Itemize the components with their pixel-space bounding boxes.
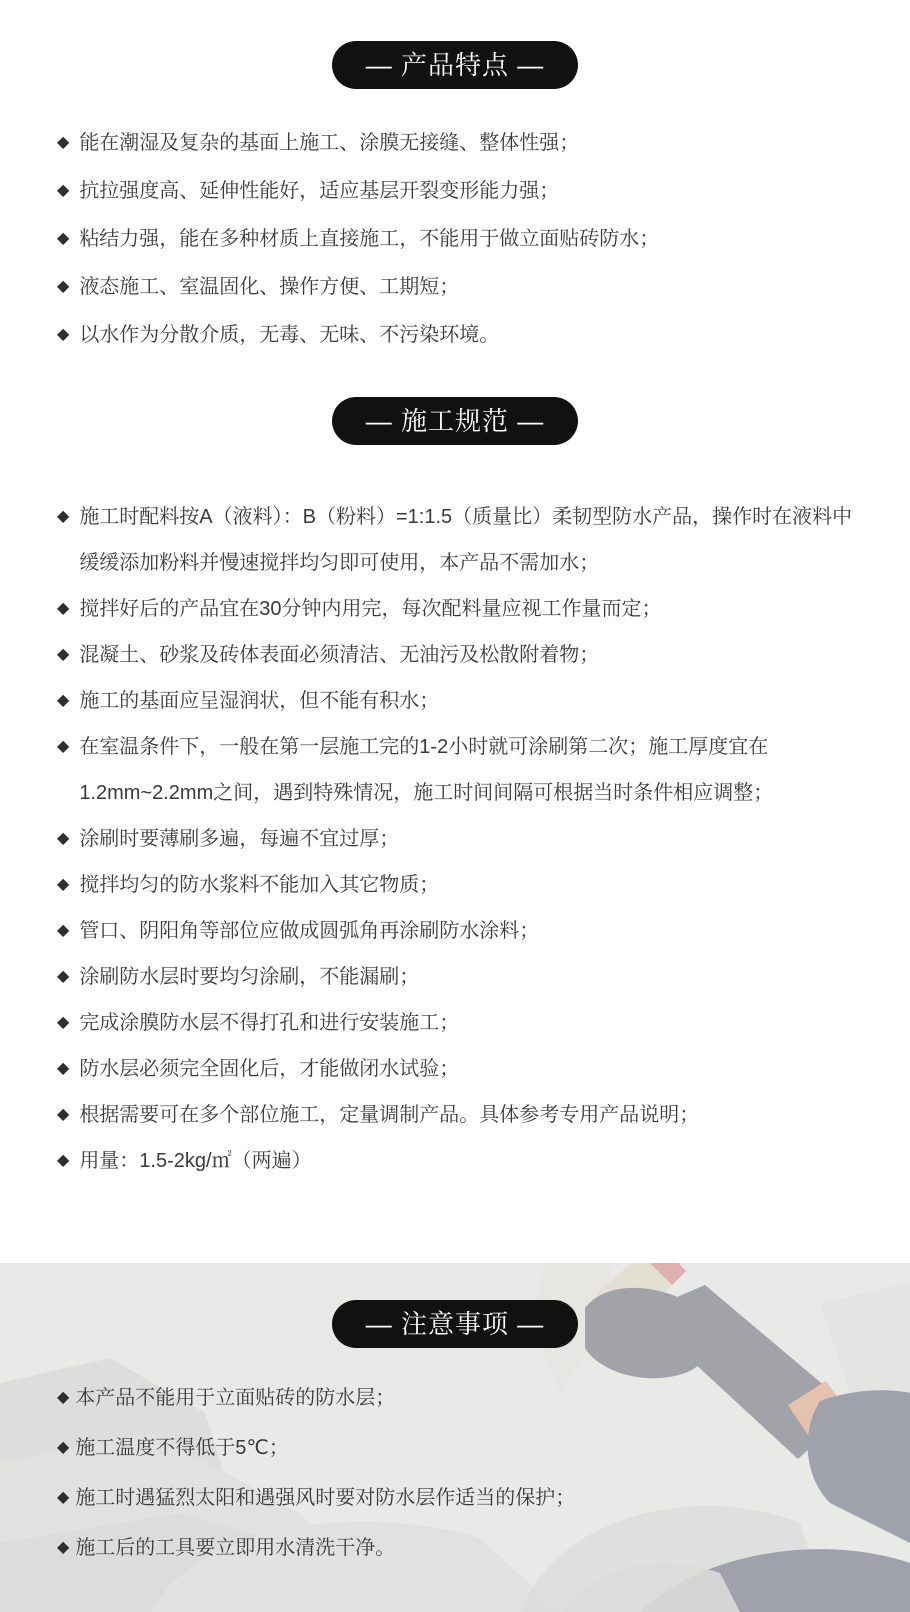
list-item: ◆施工时遇猛烈太阳和遇强风时要对防水层作适当的保护； bbox=[57, 1473, 892, 1523]
bullet-diamond-icon: ◆ bbox=[57, 1473, 69, 1523]
feature-list: ◆能在潮湿及复杂的基面上施工、涂膜无接缝、整体性强；◆抗拉强度高、延伸性能好，适… bbox=[0, 119, 910, 359]
list-item: ◆完成涂膜防水层不得打孔和进行安装施工； bbox=[57, 1000, 892, 1046]
list-item: ◆施工后的工具要立即用水清洗干净。 bbox=[57, 1523, 892, 1573]
bullet-text: 搅拌好后的产品宜在30分钟内用完，每次配料量应视工作量而定； bbox=[79, 586, 892, 632]
list-item: ◆根据需要可在多个部位施工，定量调制产品。具体参考专用产品说明； bbox=[57, 1092, 892, 1138]
list-item: ◆粘结力强，能在多种材质上直接施工，不能用于做立面贴砖防水； bbox=[57, 215, 892, 263]
list-item: ◆搅拌好后的产品宜在30分钟内用完，每次配料量应视工作量而定； bbox=[57, 586, 892, 632]
bullet-diamond-icon: ◆ bbox=[57, 1423, 69, 1473]
list-item: ◆涂刷时要薄刷多遍，每遍不宜过厚； bbox=[57, 816, 892, 862]
list-item: ◆本产品不能用于立面贴砖的防水层； bbox=[57, 1373, 892, 1423]
list-item: ◆能在潮湿及复杂的基面上施工、涂膜无接缝、整体性强； bbox=[57, 119, 892, 167]
bullet-diamond-icon: ◆ bbox=[57, 119, 69, 167]
bullet-diamond-icon: ◆ bbox=[57, 862, 69, 908]
bullet-text: 防水层必须完全固化后，才能做闭水试验； bbox=[79, 1046, 892, 1092]
bullet-diamond-icon: ◆ bbox=[57, 311, 69, 359]
bullet-text: 施工时遇猛烈太阳和遇强风时要对防水层作适当的保护； bbox=[75, 1473, 892, 1523]
list-item: ◆在室温条件下，一般在第一层施工完的1-2小时就可涂刷第二次；施工厚度宜在 1.… bbox=[57, 724, 892, 816]
bullet-diamond-icon: ◆ bbox=[57, 586, 69, 632]
bullet-text: 用量：1.5-2kg/㎡（两遍） bbox=[79, 1138, 892, 1184]
precautions-section: — 注意事项 — ◆本产品不能用于立面贴砖的防水层；◆施工温度不得低于5℃；◆施… bbox=[0, 1263, 910, 1612]
bullet-diamond-icon: ◆ bbox=[57, 632, 69, 678]
bullet-diamond-icon: ◆ bbox=[57, 215, 69, 263]
bullet-diamond-icon: ◆ bbox=[57, 263, 69, 311]
bullet-diamond-icon: ◆ bbox=[57, 954, 69, 1000]
precaution-list: ◆本产品不能用于立面贴砖的防水层；◆施工温度不得低于5℃；◆施工时遇猛烈太阳和遇… bbox=[0, 1373, 910, 1573]
bullet-text: 根据需要可在多个部位施工，定量调制产品。具体参考专用产品说明； bbox=[79, 1092, 892, 1138]
bullet-diamond-icon: ◆ bbox=[57, 1092, 69, 1138]
product-detail-page: — 产品特点 — ◆能在潮湿及复杂的基面上施工、涂膜无接缝、整体性强；◆抗拉强度… bbox=[0, 0, 910, 1612]
spec-list: ◆施工时配料按A（液料）：B（粉料）=1:1.5（质量比）柔韧型防水产品，操作时… bbox=[0, 494, 910, 1184]
bullet-text: 抗拉强度高、延伸性能好，适应基层开裂变形能力强； bbox=[79, 167, 892, 215]
bullet-diamond-icon: ◆ bbox=[57, 494, 69, 540]
section-header-construction-specs: — 施工规范 — bbox=[332, 397, 578, 445]
bullet-text: 管口、阴阳角等部位应做成圆弧角再涂刷防水涂料； bbox=[79, 908, 892, 954]
list-item: ◆管口、阴阳角等部位应做成圆弧角再涂刷防水涂料； bbox=[57, 908, 892, 954]
bullet-diamond-icon: ◆ bbox=[57, 1523, 69, 1573]
bullet-text: 涂刷时要薄刷多遍，每遍不宜过厚； bbox=[79, 816, 892, 862]
bullet-text: 液态施工、室温固化、操作方便、工期短； bbox=[79, 263, 892, 311]
bullet-diamond-icon: ◆ bbox=[57, 167, 69, 215]
bullet-text: 施工后的工具要立即用水清洗干净。 bbox=[75, 1523, 892, 1573]
bullet-diamond-icon: ◆ bbox=[57, 1000, 69, 1046]
bullet-diamond-icon: ◆ bbox=[57, 678, 69, 724]
section-title: — 施工规范 — bbox=[366, 406, 544, 436]
bullet-text: 完成涂膜防水层不得打孔和进行安装施工； bbox=[79, 1000, 892, 1046]
bullet-text: 在室温条件下，一般在第一层施工完的1-2小时就可涂刷第二次；施工厚度宜在 1.2… bbox=[79, 724, 892, 816]
bullet-text: 本产品不能用于立面贴砖的防水层； bbox=[75, 1373, 892, 1423]
list-item: ◆用量：1.5-2kg/㎡（两遍） bbox=[57, 1138, 892, 1184]
list-item: ◆施工时配料按A（液料）：B（粉料）=1:1.5（质量比）柔韧型防水产品，操作时… bbox=[57, 494, 892, 586]
section-header-row-features: — 产品特点 — bbox=[0, 0, 910, 89]
bullet-diamond-icon: ◆ bbox=[57, 1138, 69, 1184]
bullet-text: 混凝土、砂浆及砖体表面必须清洁、无油污及松散附着物； bbox=[79, 632, 892, 678]
list-item: ◆施工的基面应呈湿润状，但不能有积水； bbox=[57, 678, 892, 724]
bullet-text: 能在潮湿及复杂的基面上施工、涂膜无接缝、整体性强； bbox=[79, 119, 892, 167]
section-title: — 产品特点 — bbox=[366, 50, 544, 80]
list-item: ◆防水层必须完全固化后，才能做闭水试验； bbox=[57, 1046, 892, 1092]
bullet-text: 施工的基面应呈湿润状，但不能有积水； bbox=[79, 678, 892, 724]
bullet-diamond-icon: ◆ bbox=[57, 1046, 69, 1092]
bullet-diamond-icon: ◆ bbox=[57, 816, 69, 862]
bullet-text: 施工温度不得低于5℃； bbox=[75, 1423, 892, 1473]
section-title: — 注意事项 — bbox=[366, 1309, 544, 1339]
section-header-row-specs: — 施工规范 — bbox=[0, 359, 910, 445]
list-item: ◆施工温度不得低于5℃； bbox=[57, 1423, 892, 1473]
list-item: ◆液态施工、室温固化、操作方便、工期短； bbox=[57, 263, 892, 311]
bullet-text: 涂刷防水层时要均匀涂刷，不能漏刷； bbox=[79, 954, 892, 1000]
bullet-text: 施工时配料按A（液料）：B（粉料）=1:1.5（质量比）柔韧型防水产品，操作时在… bbox=[79, 494, 892, 586]
list-item: ◆涂刷防水层时要均匀涂刷，不能漏刷； bbox=[57, 954, 892, 1000]
bullet-text: 以水作为分散介质，无毒、无味、不污染环境。 bbox=[79, 311, 892, 359]
list-item: ◆抗拉强度高、延伸性能好，适应基层开裂变形能力强； bbox=[57, 167, 892, 215]
bullet-diamond-icon: ◆ bbox=[57, 1373, 69, 1423]
bullet-text: 搅拌均匀的防水浆料不能加入其它物质； bbox=[79, 862, 892, 908]
section-header-row-precautions: — 注意事项 — bbox=[0, 1263, 910, 1348]
list-item: ◆混凝土、砂浆及砖体表面必须清洁、无油污及松散附着物； bbox=[57, 632, 892, 678]
section-header-product-features: — 产品特点 — bbox=[332, 41, 578, 89]
list-item: ◆以水作为分散介质，无毒、无味、不污染环境。 bbox=[57, 311, 892, 359]
bullet-text: 粘结力强，能在多种材质上直接施工，不能用于做立面贴砖防水； bbox=[79, 215, 892, 263]
section-header-precautions: — 注意事项 — bbox=[332, 1300, 578, 1348]
bullet-diamond-icon: ◆ bbox=[57, 908, 69, 954]
precautions-content: — 注意事项 — ◆本产品不能用于立面贴砖的防水层；◆施工温度不得低于5℃；◆施… bbox=[0, 1263, 910, 1573]
list-item: ◆搅拌均匀的防水浆料不能加入其它物质； bbox=[57, 862, 892, 908]
bullet-diamond-icon: ◆ bbox=[57, 724, 69, 770]
